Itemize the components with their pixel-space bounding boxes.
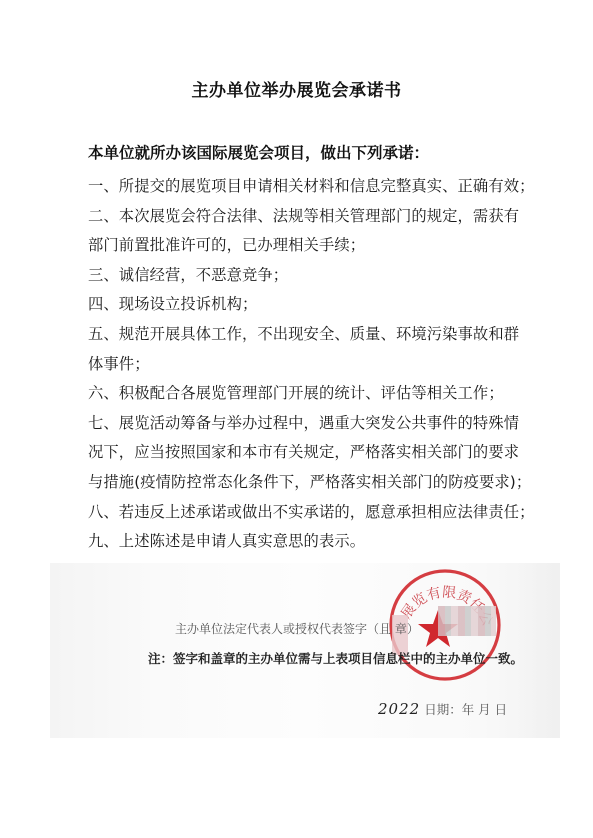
commitment-line: 体事件； [88, 350, 518, 380]
commitment-line: 二、本次展览会符合法律、法规等相关管理部门的规定，需获有 [88, 202, 518, 232]
document-title: 主办单位举办展览会承诺书 [0, 76, 593, 101]
commitment-list: 一、所提交的展览项目申请相关材料和信息完整真实、正确有效； 二、本次展览会符合法… [88, 172, 518, 557]
signature-note: 注：签字和盖章的主办单位需与上表项目信息栏中的主办单位一致。 [148, 649, 523, 667]
commitment-line: 三、诚信经营，不恶意竞争； [88, 261, 518, 291]
commitment-line: 六、积极配合各展览管理部门开展的统计、评估等相关工作； [88, 379, 518, 409]
scanned-signature-area: 展览有限责任公 主办单位法定代表人或授权代表签字（且 章） 注：签字和盖章的主办… [50, 563, 560, 738]
commitment-intro: 本单位就所办该国际展览会项目，做出下列承诺： [88, 141, 429, 163]
commitment-line: 九、上述陈述是申请人真实意思的表示。 [88, 527, 518, 557]
commitment-line: 七、展览活动筹备与举办过程中，遇重大突发公共事件的特殊情 [88, 409, 518, 439]
commitment-line: 与措施(疫情防控常态化条件下，严格落实相关部门的防疫要求)； [88, 468, 518, 498]
scan-shadow [530, 563, 560, 738]
redacted-block [438, 606, 496, 636]
commitment-line: 况下，应当按照国家和本市有关规定，严格落实相关部门的要求 [88, 438, 518, 468]
commitment-line: 五、规范开展具体工作，不出现安全、质量、环境污染事故和群 [88, 320, 518, 350]
date-line: 2022日期：年 月 日 [378, 700, 507, 718]
commitment-line: 一、所提交的展览项目申请相关材料和信息完整真实、正确有效； [88, 172, 518, 202]
commitment-line: 部门前置批准许可的，已办理相关手续； [88, 231, 518, 261]
document-page: 主办单位举办展览会承诺书 本单位就所办该国际展览会项目，做出下列承诺： 一、所提… [0, 0, 593, 838]
commitment-line: 四、现场设立投诉机构； [88, 290, 518, 320]
handwritten-year: 2022 [378, 700, 420, 718]
commitment-line: 八、若违反上述承诺或做出不实承诺的，愿意承担相应法律责任； [88, 498, 518, 528]
signature-label: 主办单位法定代表人或授权代表签字（且 章） [175, 620, 419, 637]
date-label: 日期：年 月 日 [424, 702, 507, 717]
